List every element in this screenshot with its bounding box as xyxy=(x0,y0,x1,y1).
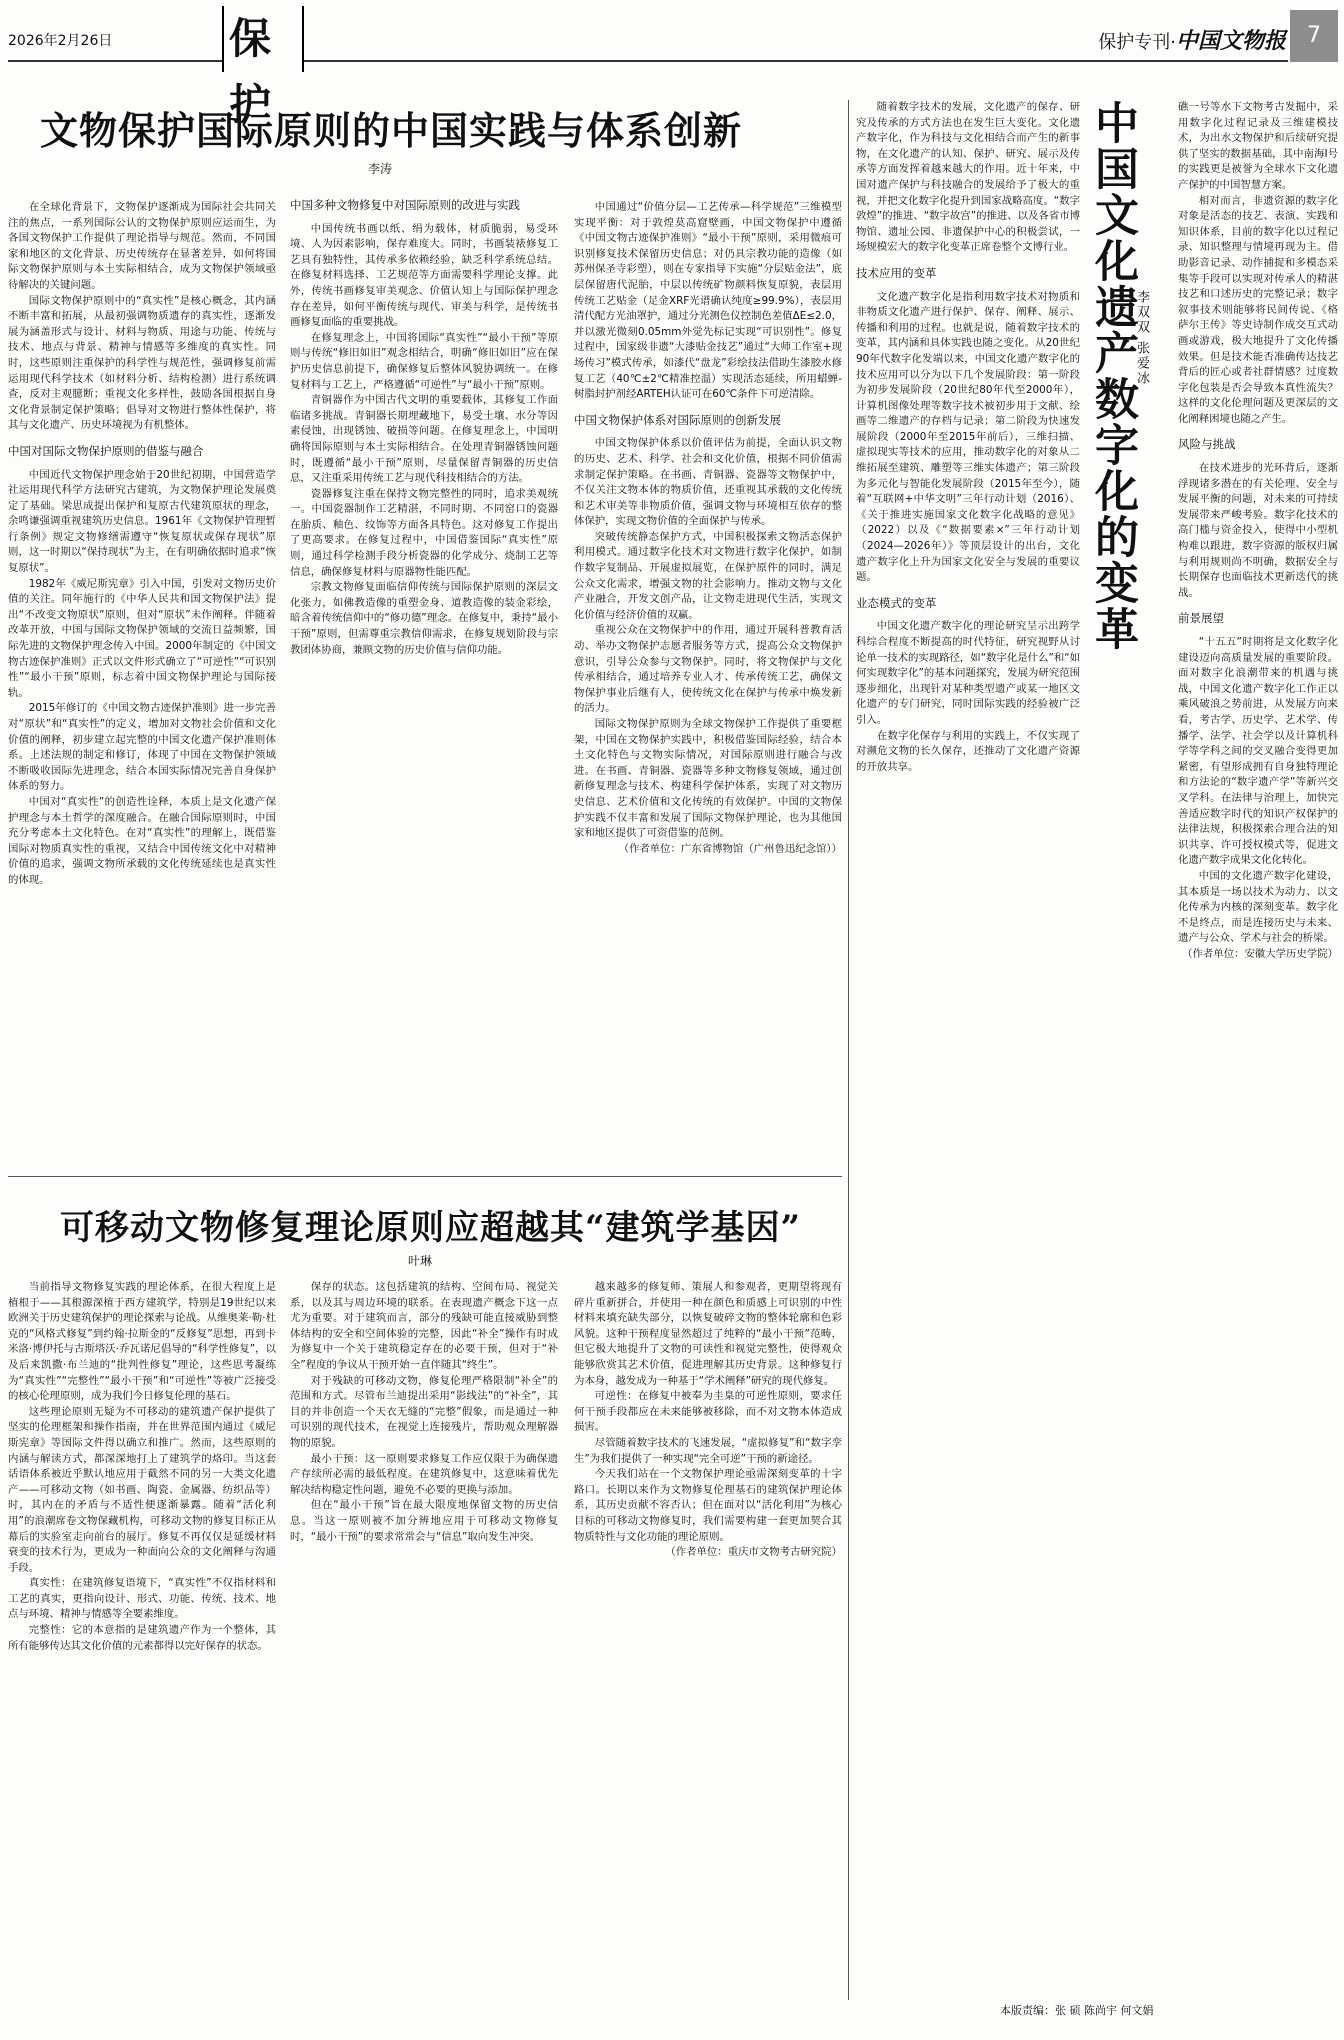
masthead-rule-right xyxy=(304,60,1288,62)
divider xyxy=(8,1176,842,1177)
article-author: 李涛 xyxy=(340,160,420,177)
article-title: 可移动文物修复理论原则应超越其“建筑学基因” xyxy=(60,1200,801,1249)
section-heading: 技术应用的变革 xyxy=(856,266,1080,282)
page-editors: 本版责编：张 硕 陈尚宇 何文娟 xyxy=(1000,2002,1154,2018)
author-affiliation: （作者单位：安徽大学历史学院） xyxy=(1178,947,1338,963)
section-heading: 中国文物保护体系对国际原则的创新发展 xyxy=(574,413,842,429)
article-column-1: 当前指导文物修复实践的理论体系，在很大程度上是植根于——其根源深植于西方建筑学，… xyxy=(8,1280,276,1980)
page-number: 7 xyxy=(1290,10,1338,62)
article-column-1: 在全球化背景下，文物保护逐渐成为国际社会共同关注的焦点，一系列国际公认的文物保护… xyxy=(8,200,276,1160)
column-divider xyxy=(848,100,849,2000)
article-column-3: 越来越多的修复师、策展人和参观者，更期望将现有碎片重新拼合，并使用一种在颜色和质… xyxy=(574,1280,842,1980)
section-heading: 前景展望 xyxy=(1178,611,1338,627)
author-affiliation: （作者单位：广东省博物馆（广州鲁迅纪念馆）） xyxy=(574,842,842,858)
article-title: 文物保护国际原则的中国实践与体系创新 xyxy=(40,100,742,155)
section-heading: 中国多种文物修复中对国际原则的改进与实践 xyxy=(290,198,558,214)
section-heading: 中国对国际文物保护原则的借鉴与融合 xyxy=(8,444,276,460)
section-heading: 业态模式的变革 xyxy=(856,596,1080,612)
article-column-1: 随着数字技术的发展，文化遗产的保存、研究及传承的方式方法也在发生巨大变化。文化遗… xyxy=(856,100,1080,1990)
article-title-vertical: 中国文化遗产数字化的变革 xyxy=(1088,100,1136,652)
article-column-2: 保存的状态。这包括建筑的结构、空间布局、视觉关系，以及其与周边环境的联系。在表现… xyxy=(290,1280,558,1980)
article-author: 叶琳 xyxy=(380,1252,460,1269)
newspaper-brand: 保护专刊·中国文物报 xyxy=(1098,24,1286,55)
section-heading: 风险与挑战 xyxy=(1178,437,1338,453)
issue-date: 2026年2月26日 xyxy=(8,30,112,50)
article-column-2: 中国多种文物修复中对国际原则的改进与实践 中国传统书画以纸、绢为载体，材质脆弱，… xyxy=(290,188,558,1160)
article-column-3: 中国通过“价值分层—工艺传承—科学规范”三维模型实现平衡：对于敦煌莫高窟壁画，中… xyxy=(574,200,842,1160)
masthead-rule-left xyxy=(8,60,222,62)
author-affiliation: （作者单位：重庆市文物考古研究院） xyxy=(574,1545,842,1561)
section-title: 保护 xyxy=(222,6,304,72)
article-authors: 李双双 张爱冰 xyxy=(1132,290,1151,386)
newspaper-logo: 中国文物报 xyxy=(1176,28,1286,54)
article-column-2: 礁一号等水下文物考古发掘中，采用数字化过程记录及三维建模技术，为出水文物保护和后… xyxy=(1178,100,1338,1990)
